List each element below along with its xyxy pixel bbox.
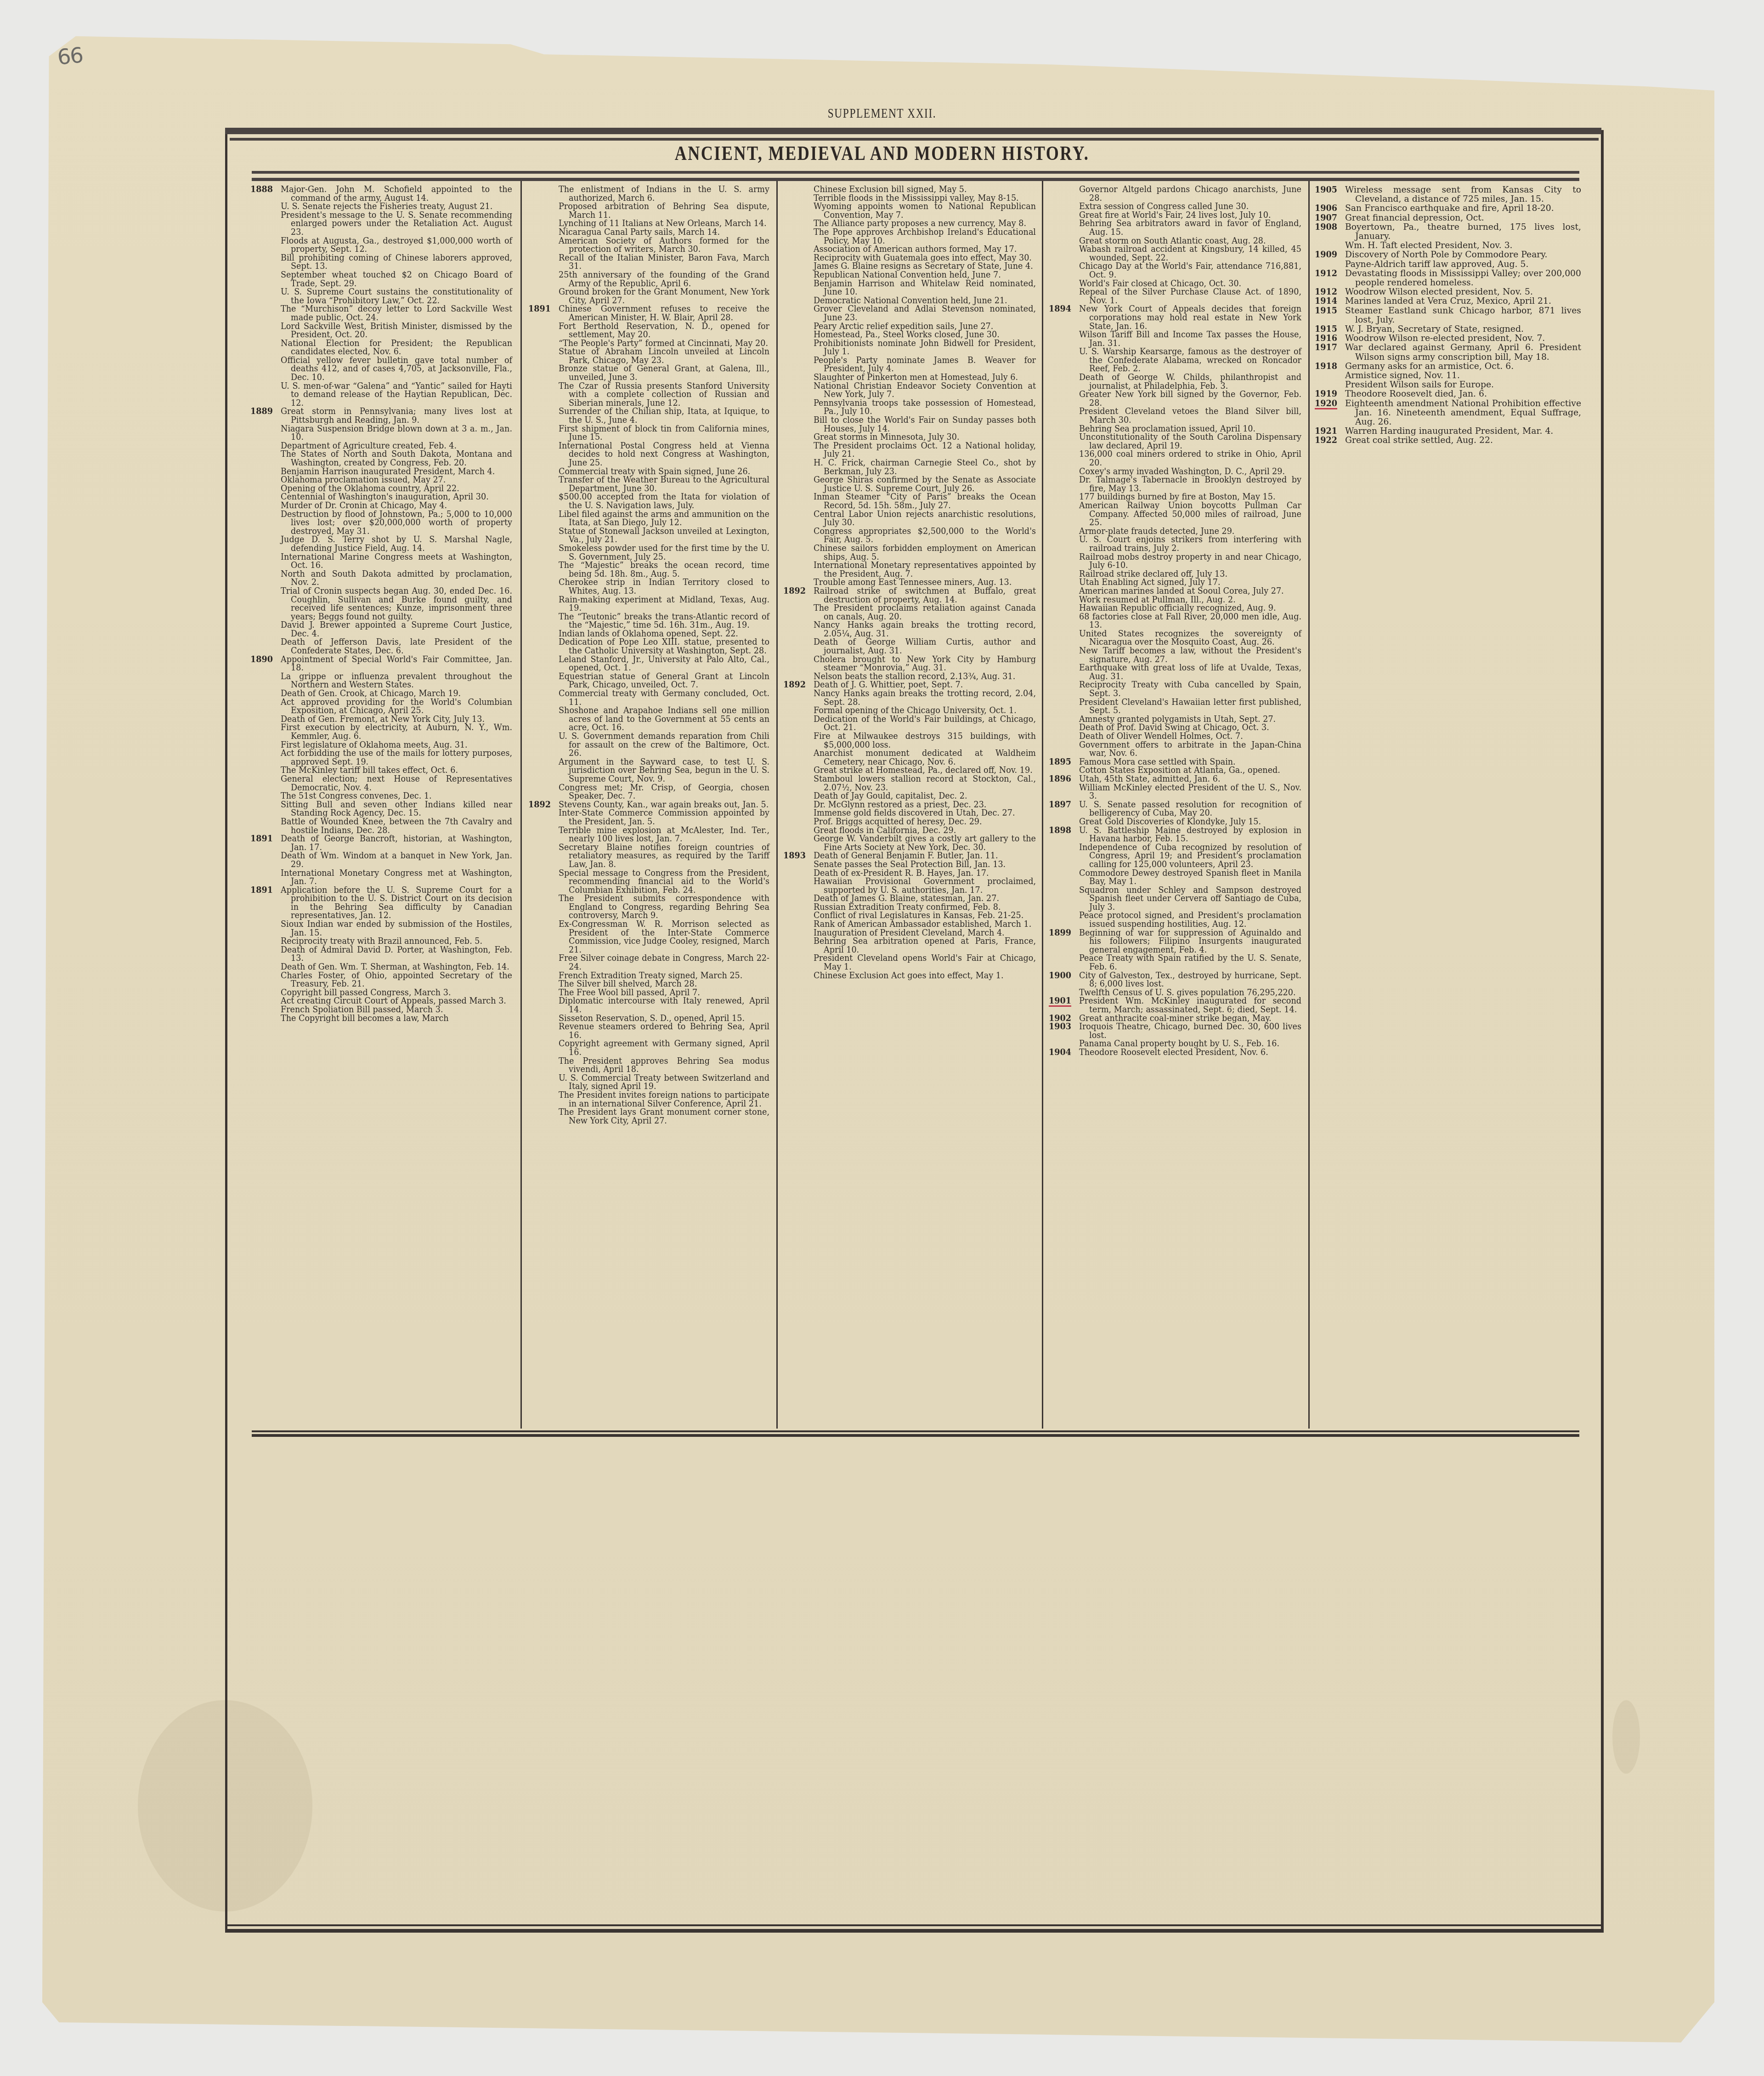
- entry-text: The Copyright bill becomes a law, March: [281, 1015, 512, 1023]
- entry-text: Great fire at World's Fair, 24 lives los…: [1079, 211, 1301, 220]
- timeline-entry: 1921Warren Harding inaugurated President…: [1315, 427, 1581, 436]
- entry-text: Death of J. G. Whittier, poet, Sept. 7.: [814, 681, 1036, 690]
- entry-text: Behring Sea arbitration opened at Paris,…: [814, 937, 1036, 954]
- timeline-entry: Governor Altgeld pardons Chicago anarchi…: [1049, 186, 1301, 203]
- entry-text: Association of American authors formed, …: [814, 245, 1036, 254]
- timeline-entry: Dedication of Pope Leo XIII. statue, pre…: [528, 638, 769, 655]
- entry-year: 1909: [1315, 250, 1345, 260]
- entry-text: Devastating floods in Mississippi Valley…: [1345, 269, 1581, 288]
- timeline-entry: Indian lands of Oklahoma opened, Sept. 2…: [528, 630, 769, 639]
- entry-year: 1919: [1315, 390, 1345, 399]
- entry-text: Theodore Roosevelt died, Jan. 6.: [1345, 390, 1581, 399]
- timeline-entry: Death of Prof. David Swing at Chicago, O…: [1049, 724, 1301, 732]
- timeline-entry: Central Labor Union rejects anarchistic …: [783, 510, 1036, 528]
- timeline-entry: Death of Gen. Fremont, at New York City,…: [250, 715, 512, 724]
- timeline-entry: Railroad strike declared off, July 13.: [1049, 570, 1301, 579]
- entry-text: Nicaragua Canal Party sails, March 14.: [559, 228, 769, 237]
- timeline-entry: 1894New York Court of Appeals decides th…: [1049, 305, 1301, 331]
- entry-text: Extra session of Congress called June 30…: [1079, 203, 1301, 211]
- frame-top-rule: [225, 128, 1601, 134]
- entry-text: H. C. Frick, chairman Carnegie Steel Co.…: [814, 459, 1036, 476]
- timeline-entry: The President submits correspondence wit…: [528, 895, 769, 920]
- entry-text: David J. Brewer appointed a Supreme Cour…: [281, 621, 512, 638]
- entry-text: U. S. men-of-war “Galena” and “Yantic” s…: [281, 382, 512, 408]
- entry-text: Cholera brought to New York City by Hamb…: [814, 656, 1036, 673]
- entry-text: Lord Sackville West, British Minister, d…: [281, 323, 512, 340]
- timeline-entry: 1902Great anthracite coal-miner strike b…: [1049, 1015, 1301, 1023]
- timeline-entry: Congress appropriates $2,500,000 to the …: [783, 528, 1036, 545]
- entry-year: 1917: [1315, 343, 1345, 352]
- entry-text: Oklahoma proclamation issued, May 27.: [281, 476, 512, 485]
- entry-text: Central Labor Union rejects anarchistic …: [814, 510, 1036, 528]
- entry-year: 1915: [1315, 325, 1345, 334]
- timeline-entry: 1898U. S. Battleship Maine destroyed by …: [1049, 827, 1301, 844]
- timeline-entry: 1892Stevens County, Kan., war again brea…: [528, 801, 769, 810]
- entry-year: 1892: [528, 801, 559, 810]
- entry-text: World's Fair closed at Chicago, Oct. 30.: [1079, 280, 1301, 289]
- entry-text: Twelfth Census of U. S. gives population…: [1079, 989, 1301, 998]
- entry-year: 1894: [1049, 305, 1079, 314]
- timeline-entry: Transfer of the Weather Bureau to the Ag…: [528, 476, 769, 493]
- entry-year: 1897: [1049, 801, 1079, 810]
- supplement-label: SUPPLEMENT XXII.: [194, 106, 1570, 121]
- timeline-entry: Greater New York bill signed by the Gove…: [1049, 391, 1301, 408]
- entry-text: War declared against Germany, April 6. P…: [1345, 343, 1581, 362]
- timeline-entry: 1908Boyertown, Pa., theatre burned, 175 …: [1315, 223, 1581, 241]
- timeline-entry: George Shiras confirmed by the Senate as…: [783, 476, 1036, 493]
- entry-text: Death of Gen. Crook, at Chicago, March 1…: [281, 690, 512, 698]
- entry-text: Great storm on South Atlantic coast, Aug…: [1079, 237, 1301, 246]
- timeline-column-4: Governor Altgeld pardons Chicago anarchi…: [1049, 186, 1301, 1057]
- entry-text: Proposed arbitration of Behring Sea disp…: [559, 203, 769, 220]
- entry-text: New Tariff becomes a law, without the Pr…: [1079, 647, 1301, 664]
- entry-text: U. S. Court enjoins strikers from interf…: [1079, 536, 1301, 553]
- entry-text: The President approves Behring Sea modus…: [559, 1057, 769, 1074]
- entry-text: The President invites foreign nations to…: [559, 1091, 769, 1108]
- entry-text: Congress met; Mr. Crisp, of Georgia, cho…: [559, 784, 769, 801]
- entry-text: Great coal strike settled, Aug. 22.: [1345, 436, 1581, 445]
- entry-text: Statue of Stonewall Jackson unveiled at …: [559, 528, 769, 545]
- entry-text: Lynching of 11 Italians at New Orleans, …: [559, 220, 769, 228]
- entry-text: Great strike at Homestead, Pa., declared…: [814, 766, 1036, 775]
- entry-text: Wabash railroad accident at Kingsbury, 1…: [1079, 245, 1301, 262]
- timeline-entry: Act approved providing for the World's C…: [250, 698, 512, 715]
- entry-text: Recall of the Italian Minister, Baron Fa…: [559, 254, 769, 271]
- timeline-entry: Ex-Congressman W. R. Morrison selected a…: [528, 920, 769, 954]
- timeline-entry: Chinese sailors forbidden employment on …: [783, 545, 1036, 562]
- timeline-entry: 136,000 coal miners ordered to strike in…: [1049, 450, 1301, 467]
- timeline-entry: Sitting Bull and seven other Indians kil…: [250, 801, 512, 818]
- timeline-entry: Inauguration of President Cleveland, Mar…: [783, 929, 1036, 938]
- timeline-entry: 1901President Wm. McKinley inaugurated f…: [1049, 997, 1301, 1014]
- timeline-entry: Squadron under Schley and Sampson destro…: [1049, 886, 1301, 912]
- entry-text: Woodrow Wilson re-elected president, Nov…: [1345, 334, 1581, 343]
- timeline-entry: Formal opening of the Chicago University…: [783, 707, 1036, 715]
- timeline-entry: 1916Woodrow Wilson re-elected president,…: [1315, 334, 1581, 343]
- timeline-entry: Fort Berthold Reservation, N. D., opened…: [528, 323, 769, 340]
- timeline-entry: Behring Sea proclamation issued, April 1…: [1049, 425, 1301, 434]
- entry-text: Shoshone and Arapahoe Indians sell one m…: [559, 707, 769, 732]
- entry-text: Theodore Roosevelt elected President, No…: [1079, 1049, 1301, 1057]
- timeline-entry: President Cleveland opens World's Fair a…: [783, 954, 1036, 971]
- timeline-entry: International Monetary Congress met at W…: [250, 869, 512, 886]
- timeline-entry: Association of American authors formed, …: [783, 245, 1036, 254]
- timeline-entry: The 51st Congress convenes, Dec. 1.: [250, 792, 512, 801]
- title-rule: [252, 178, 1579, 181]
- timeline-entry: Recall of the Italian Minister, Baron Fa…: [528, 254, 769, 271]
- timeline-entry: 177 buildings burned by fire at Boston, …: [1049, 493, 1301, 502]
- entry-text: Payne-Aldrich tariff law approved, Aug. …: [1345, 260, 1581, 269]
- entry-text: Panama Canal property bought by U. S., F…: [1079, 1040, 1301, 1049]
- timeline-entry: Charles Foster, of Ohio, appointed Secre…: [250, 972, 512, 989]
- timeline-entry: Hawaiian Republic officially recognized,…: [1049, 604, 1301, 613]
- entry-text: Official yellow fever bulletin gave tota…: [281, 357, 512, 382]
- timeline-entry: New Tariff becomes a law, without the Pr…: [1049, 647, 1301, 664]
- timeline-entry: Railroad mobs destroy property in and ne…: [1049, 553, 1301, 570]
- entry-text: Death of George William Curtis, author a…: [814, 638, 1036, 655]
- entry-text: President Wilson sails for Europe.: [1345, 380, 1581, 390]
- entry-text: La grippe or influenza prevalent through…: [281, 673, 512, 690]
- timeline-entry: Death of George W. Childs, philanthropis…: [1049, 374, 1301, 391]
- entry-year: 1907: [1315, 214, 1345, 223]
- entry-text: Reciprocity treaty with Brazil announced…: [281, 937, 512, 946]
- entry-year: 1916: [1315, 334, 1345, 343]
- timeline-entry: 1915W. J. Bryan, Secretary of State, res…: [1315, 325, 1581, 334]
- timeline-entry: 1919Theodore Roosevelt died, Jan. 6.: [1315, 390, 1581, 399]
- timeline-entry: Great floods in California, Dec. 29.: [783, 827, 1036, 835]
- timeline-entry: Smokeless powder used for the first time…: [528, 545, 769, 562]
- entry-text: Niagara Suspension Bridge blown down at …: [281, 425, 512, 442]
- entry-text: Warren Harding inaugurated President, Ma…: [1345, 427, 1581, 436]
- entry-text: Dr. Talmage's Tabernacle in Brooklyn des…: [1079, 476, 1301, 493]
- timeline-column-5: 1905Wireless message sent from Kansas Ci…: [1315, 186, 1581, 446]
- timeline-column-3: Chinese Exclusion bill signed, May 5.Ter…: [783, 186, 1036, 980]
- timeline-entry: Rank of American Ambassador established,…: [783, 920, 1036, 929]
- timeline-entry: 1915Steamer Eastland sunk Chicago harbor…: [1315, 306, 1581, 325]
- entry-text: Coxey's army invaded Washington, D. C., …: [1079, 468, 1301, 476]
- timeline-entry: Chinese Exclusion bill signed, May 5.: [783, 186, 1036, 194]
- timeline-entry: $500.00 accepted from the Itata for viol…: [528, 493, 769, 510]
- entry-year: 1912: [1315, 269, 1345, 278]
- timeline-entry: President's message to the U. S. Senate …: [250, 211, 512, 237]
- entry-text: Stamboul lowers stallion record at Stock…: [814, 775, 1036, 792]
- timeline-entry: Work resumed at Pullman, Ill., Aug. 2.: [1049, 596, 1301, 605]
- entry-text: New York Court of Appeals decides that f…: [1079, 305, 1301, 331]
- frame-top-rule-thin: [230, 138, 1599, 141]
- timeline-entry: North and South Dakota admitted by procl…: [250, 570, 512, 587]
- entry-text: The “Murchison” decoy letter to Lord Sac…: [281, 305, 512, 322]
- timeline-entry: U. S. Government demands reparation from…: [528, 732, 769, 758]
- entry-text: Libel filed against the arms and ammunit…: [559, 510, 769, 528]
- timeline-entry: Death of Gen. Wm. T. Sherman, at Washing…: [250, 963, 512, 972]
- timeline-entry: The Czar of Russia presents Stanford Uni…: [528, 382, 769, 408]
- timeline-entry: Equestrian statue of General Grant at Li…: [528, 673, 769, 690]
- entry-text: Death of Prof. David Swing at Chicago, O…: [1079, 724, 1301, 732]
- entry-year: 1892: [783, 681, 814, 690]
- timeline-entry: 1892Railroad strike of switchmen at Buff…: [783, 587, 1036, 604]
- timeline-entry: Dr. Talmage's Tabernacle in Brooklyn des…: [1049, 476, 1301, 493]
- timeline-entry: Opening of the Oklahoma country, April 2…: [250, 485, 512, 493]
- entry-text: 136,000 coal miners ordered to strike in…: [1079, 450, 1301, 467]
- timeline-entry: Benjamin Harrison inaugurated President,…: [250, 468, 512, 476]
- timeline-entry: 1904Theodore Roosevelt elected President…: [1049, 1049, 1301, 1057]
- timeline-entry: The President lays Grant monument corner…: [528, 1108, 769, 1125]
- entry-text: Marines landed at Vera Cruz, Mexico, Apr…: [1345, 297, 1581, 306]
- entry-text: George Shiras confirmed by the Senate as…: [814, 476, 1036, 493]
- timeline-entry: Bill prohibiting coming of Chinese labor…: [250, 254, 512, 271]
- entry-text: Destruction by flood of Johnstown, Pa.; …: [281, 510, 512, 536]
- timeline-entry: 68 factories close at Fall River, 20,000…: [1049, 613, 1301, 630]
- columns-end-rule: [252, 1430, 1579, 1432]
- entry-text: Charles Foster, of Ohio, appointed Secre…: [281, 972, 512, 989]
- timeline-entry: French Spoliation Bill passed, March 3.: [250, 1006, 512, 1015]
- entry-year: 1921: [1315, 427, 1345, 436]
- timeline-entry: International Marine Congress meets at W…: [250, 553, 512, 570]
- entry-text: Surrender of the Chilian ship, Itata, at…: [559, 408, 769, 425]
- timeline-entry: H. C. Frick, chairman Carnegie Steel Co.…: [783, 459, 1036, 476]
- column-divider: [776, 181, 778, 1429]
- entry-text: U. S. Government demands reparation from…: [559, 732, 769, 758]
- timeline-entry: U. S. Senate rejects the Fisheries treat…: [250, 203, 512, 211]
- timeline-entry: General election; next House of Represen…: [250, 775, 512, 792]
- entry-text: Conflict of rival Legislatures in Kansas…: [814, 912, 1036, 920]
- entry-text: Commercial treaty with Spain signed, Jun…: [559, 468, 769, 476]
- timeline-entry: Stamboul lowers stallion record at Stock…: [783, 775, 1036, 792]
- entry-text: Chicago Day at the World's Fair, attenda…: [1079, 262, 1301, 279]
- entry-text: People's Party nominate James B. Weaver …: [814, 357, 1036, 374]
- entry-year: 1890: [250, 656, 281, 664]
- entry-text: United States recognizes the sovereignty…: [1079, 630, 1301, 647]
- entry-text: International Marine Congress meets at W…: [281, 553, 512, 570]
- entry-text: Peary Arctic relief expedition sails, Ju…: [814, 323, 1036, 331]
- timeline-entry: Twelfth Census of U. S. gives population…: [1049, 989, 1301, 998]
- entry-year: 1912: [1315, 288, 1345, 297]
- timeline-entry: Bronze statue of General Grant, at Galen…: [528, 365, 769, 382]
- entry-text: International Postal Congress held at Vi…: [559, 442, 769, 468]
- entry-text: Government offers to arbitrate in the Ja…: [1079, 741, 1301, 758]
- entry-text: U. S. Senate passed resolution for recog…: [1079, 801, 1301, 818]
- entry-text: Argument in the Sayward case, to test U.…: [559, 758, 769, 784]
- timeline-entry: Copyright bill passed Congress, March 3.: [250, 989, 512, 998]
- entry-text: James G. Blaine resigns as Secretary of …: [814, 262, 1036, 271]
- timeline-entry: Dr. McGlynn restored as a priest, Dec. 2…: [783, 801, 1036, 810]
- entry-text: Armor-plate frauds detected, June 29.: [1079, 528, 1301, 536]
- entry-year: 1899: [1049, 929, 1079, 938]
- timeline-entry: First legislature of Oklahoma meets, Aug…: [250, 741, 512, 750]
- timeline-entry: Death of Wm. Windom at a banquet in New …: [250, 852, 512, 869]
- entry-text: Death of Gen. Fremont, at New York City,…: [281, 715, 512, 724]
- entry-text: Copyright bill passed Congress, March 3.: [281, 989, 512, 998]
- entry-text: Death of Oliver Wendell Holmes, Oct. 7.: [1079, 732, 1301, 741]
- entry-text: Earthquake with great loss of life at Uv…: [1079, 664, 1301, 681]
- entry-text: Major-Gen. John M. Schofield appointed t…: [281, 186, 512, 203]
- entry-year: 1891: [250, 835, 281, 844]
- entry-text: Nelson beats the stallion record, 2.13¾,…: [814, 673, 1036, 681]
- entry-text: President's message to the U. S. Senate …: [281, 211, 512, 237]
- entry-text: The Free Wool bill passed, April 7.: [559, 989, 769, 998]
- timeline-entry: Death of Admiral David D. Porter, at Was…: [250, 946, 512, 963]
- timeline-entry: David J. Brewer appointed a Supreme Cour…: [250, 621, 512, 638]
- entry-text: The McKinley tariff bill takes effect, O…: [281, 766, 512, 775]
- entry-text: U. S. Senate rejects the Fisheries treat…: [281, 203, 512, 211]
- entry-text: Independence of Cuba recognized by resol…: [1079, 844, 1301, 869]
- entry-text: U. S. Battleship Maine destroyed by expl…: [1079, 827, 1301, 844]
- entry-text: Prohibitionists nominate John Bidwell fo…: [814, 340, 1036, 357]
- entry-text: Utah, 45th State, admitted, Jan. 6.: [1079, 775, 1301, 784]
- entry-text: Dedication of Pope Leo XIII. statue, pre…: [559, 638, 769, 655]
- entry-text: National Christian Endeavor Society Conv…: [814, 382, 1036, 399]
- timeline-entry: World's Fair closed at Chicago, Oct. 30.: [1049, 280, 1301, 289]
- entry-text: Equestrian statue of General Grant at Li…: [559, 673, 769, 690]
- entry-text: French Extradition Treaty signed, March …: [559, 972, 769, 981]
- timeline-entry: International Monetary representatives a…: [783, 562, 1036, 579]
- timeline-entry: The Alliance party proposes a new curren…: [783, 220, 1036, 228]
- entry-text: Great Gold Discoveries of Klondyke, July…: [1079, 818, 1301, 827]
- timeline-entry: 1891Death of George Bancroft, historian,…: [250, 835, 512, 852]
- timeline-entry: Statue of Abraham Lincoln unveiled at Li…: [528, 348, 769, 365]
- timeline-entry: 25th anniversary of the founding of the …: [528, 271, 769, 288]
- entry-text: Work resumed at Pullman, Ill., Aug. 2.: [1079, 596, 1301, 605]
- timeline-entry: 1903Iroquois Theatre, Chicago, burned De…: [1049, 1023, 1301, 1040]
- timeline-entry: Death of Jefferson Davis, late President…: [250, 638, 512, 655]
- timeline-entry: Revenue steamers ordered to Behring Sea,…: [528, 1023, 769, 1040]
- entry-text: Immense gold fields discovered in Utah, …: [814, 809, 1036, 818]
- entry-text: Appointment of Special World's Fair Comm…: [281, 656, 512, 673]
- timeline-entry: U. S. men-of-war “Galena” and “Yantic” s…: [250, 382, 512, 408]
- entry-text: Amnesty granted polygamists in Utah, Sep…: [1079, 715, 1301, 724]
- timeline-entry: Great fire at World's Fair, 24 lives los…: [1049, 211, 1301, 220]
- entry-text: Indian lands of Oklahoma opened, Sept. 2…: [559, 630, 769, 639]
- timeline-entry: Chinese Exclusion Act goes into effect, …: [783, 972, 1036, 981]
- entry-text: North and South Dakota admitted by procl…: [281, 570, 512, 587]
- timeline-entry: Coxey's army invaded Washington, D. C., …: [1049, 468, 1301, 476]
- entry-text: International Monetary Congress met at W…: [281, 869, 512, 886]
- entry-text: Terrible mine explosion at McAlester, In…: [559, 827, 769, 844]
- entry-text: Application before the U. S. Supreme Cou…: [281, 886, 512, 920]
- timeline-entry: Death of Jay Gould, capitalist, Dec. 2.: [783, 792, 1036, 801]
- timeline-entry: “The People's Party” formed at Cincinnat…: [528, 340, 769, 348]
- entry-text: Copyright agreement with Germany signed,…: [559, 1040, 769, 1057]
- timeline-entry: Inman Steamer “City of Paris” breaks the…: [783, 493, 1036, 510]
- entry-text: Commodore Dewey destroyed Spanish fleet …: [1079, 869, 1301, 886]
- timeline-entry: Commercial treaty with Spain signed, Jun…: [528, 468, 769, 476]
- timeline-entry: The States of North and South Dakota, Mo…: [250, 450, 512, 467]
- entry-text: Homestead, Pa., Steel Works closed, June…: [814, 331, 1036, 340]
- entry-text: Chinese Exclusion bill signed, May 5.: [814, 186, 1036, 194]
- entry-text: Railroad mobs destroy property in and ne…: [1079, 553, 1301, 570]
- entry-text: President Cleveland opens World's Fair a…: [814, 954, 1036, 971]
- timeline-entry: Official yellow fever bulletin gave tota…: [250, 357, 512, 382]
- timeline-entry: Great storms in Minnesota, July 30.: [783, 433, 1036, 442]
- timeline-entry: President Wilson sails for Europe.: [1315, 380, 1581, 390]
- timeline-entry: Murder of Dr. Cronin at Chicago, May 4.: [250, 502, 512, 510]
- entry-text: $500.00 accepted from the Itata for viol…: [559, 493, 769, 510]
- entry-text: Death of Gen. Wm. T. Sherman, at Washing…: [281, 963, 512, 972]
- entry-text: First legislature of Oklahoma meets, Aug…: [281, 741, 512, 750]
- blank-area: [230, 1438, 1596, 1923]
- entry-text: Special message to Congress from the Pre…: [559, 869, 769, 895]
- entry-text: Democratic National Convention held, Jun…: [814, 297, 1036, 306]
- timeline-entry: 1893Death of General Benjamin F. Butler,…: [783, 852, 1036, 861]
- entry-text: Great floods in California, Dec. 29.: [814, 827, 1036, 835]
- column-divider: [1308, 181, 1310, 1429]
- timeline-entry: Nelson beats the stallion record, 2.13¾,…: [783, 673, 1036, 681]
- timeline-entry: Wilson Tariff Bill and Income Tax passes…: [1049, 331, 1301, 348]
- entry-year: 1922: [1315, 436, 1345, 445]
- timeline-entry: Great strike at Homestead, Pa., declared…: [783, 766, 1036, 775]
- timeline-entry: William McKinley elected President of th…: [1049, 784, 1301, 801]
- timeline-entry: September wheat touched $2 on Chicago Bo…: [250, 271, 512, 288]
- timeline-entry: The “Teutonic” breaks the trans-Atlantic…: [528, 613, 769, 630]
- timeline-entry: Amnesty granted polygamists in Utah, Sep…: [1049, 715, 1301, 724]
- entry-year: 1918: [1315, 362, 1345, 371]
- timeline-entry: Senate passes the Seal Protection Bill, …: [783, 861, 1036, 869]
- entry-text: Revenue steamers ordered to Behring Sea,…: [559, 1023, 769, 1040]
- entry-text: The Silver bill shelved, March 28.: [559, 980, 769, 989]
- timeline-entry: Surrender of the Chilian ship, Itata, at…: [528, 408, 769, 425]
- timeline-entry: 1889Great storm in Pennsylvania; many li…: [250, 408, 512, 425]
- timeline-entry: 1906San Francisco earthquake and fire, A…: [1315, 204, 1581, 213]
- entry-text: 177 buildings burned by fire at Boston, …: [1079, 493, 1301, 502]
- timeline-entry: Death of James G. Blaine, statesman, Jan…: [783, 895, 1036, 903]
- timeline-entry: 1912Woodrow Wilson elected president, No…: [1315, 288, 1581, 297]
- timeline-column-2: The enlistment of Indians in the U. S. a…: [528, 186, 769, 1125]
- entry-text: Death of Admiral David D. Porter, at Was…: [281, 946, 512, 963]
- timeline-entry: Hawaiian Provisional Government proclaim…: [783, 878, 1036, 895]
- entry-text: Fort Berthold Reservation, N. D., opened…: [559, 323, 769, 340]
- timeline-entry: Extra session of Congress called June 30…: [1049, 203, 1301, 211]
- entry-text: Fire at Milwaukee destroys 315 buildings…: [814, 732, 1036, 749]
- timeline-entry: 1909Discovery of North Pole by Commodore…: [1315, 250, 1581, 260]
- entry-text: Opening of the Oklahoma country, April 2…: [281, 485, 512, 493]
- timeline-entry: 1891Chinese Government refuses to receiv…: [528, 305, 769, 322]
- timeline-entry: Payne-Aldrich tariff law approved, Aug. …: [1315, 260, 1581, 269]
- entry-text: President Cleveland's Hawaiian letter fi…: [1079, 698, 1301, 715]
- entry-year: 1905: [1315, 186, 1345, 195]
- entry-text: September wheat touched $2 on Chicago Bo…: [281, 271, 512, 288]
- entry-text: Steamer Eastland sunk Chicago harbor, 87…: [1345, 306, 1581, 325]
- timeline-entry: Benjamin Harrison and Whitelaw Reid nomi…: [783, 280, 1036, 297]
- timeline-entry: Leland Stanford, Jr., University at Palo…: [528, 656, 769, 673]
- entry-text: Dedication of the World's Fair buildings…: [814, 715, 1036, 732]
- timeline-entry: Sisseton Reservation, S. D., opened, Apr…: [528, 1015, 769, 1023]
- entry-text: Ex-Congressman W. R. Morrison selected a…: [559, 920, 769, 954]
- timeline-entry: Libel filed against the arms and ammunit…: [528, 510, 769, 528]
- timeline-entry: Proposed arbitration of Behring Sea disp…: [528, 203, 769, 220]
- timeline-entry: La grippe or influenza prevalent through…: [250, 673, 512, 690]
- entry-text: Cotton States Exposition at Atlanta, Ga.…: [1079, 766, 1301, 775]
- entry-text: Secretary Blaine notifies foreign countr…: [559, 844, 769, 869]
- entry-year: 1895: [1049, 758, 1079, 767]
- entry-year: 1920: [1315, 399, 1345, 408]
- timeline-entry: The Free Wool bill passed, April 7.: [528, 989, 769, 998]
- timeline-entry: The “Majestic” breaks the ocean record, …: [528, 562, 769, 579]
- entry-text: Chinese sailors forbidden employment on …: [814, 545, 1036, 562]
- entry-text: Death of George Bancroft, historian, at …: [281, 835, 512, 852]
- timeline-entry: Lord Sackville West, British Minister, d…: [250, 323, 512, 340]
- entry-text: Terrible floods in the Mississippi valle…: [814, 194, 1036, 203]
- entry-text: Commercial treaty with Germany concluded…: [559, 690, 769, 707]
- timeline-entry: Armor-plate frauds detected, June 29.: [1049, 528, 1301, 536]
- timeline-entry: Copyright agreement with Germany signed,…: [528, 1040, 769, 1057]
- entry-text: First execution by electricity, at Aubur…: [281, 724, 512, 741]
- entry-year: 1904: [1049, 1049, 1079, 1057]
- entry-year: 1903: [1049, 1023, 1079, 1032]
- entry-text: Senate passes the Seal Protection Bill, …: [814, 861, 1036, 869]
- page-title: ANCIENT, MEDIEVAL AND MODERN HISTORY.: [159, 142, 1606, 165]
- entry-text: Woodrow Wilson elected president, Nov. 5…: [1345, 288, 1581, 297]
- timeline-entry: The President approves Behring Sea modus…: [528, 1057, 769, 1074]
